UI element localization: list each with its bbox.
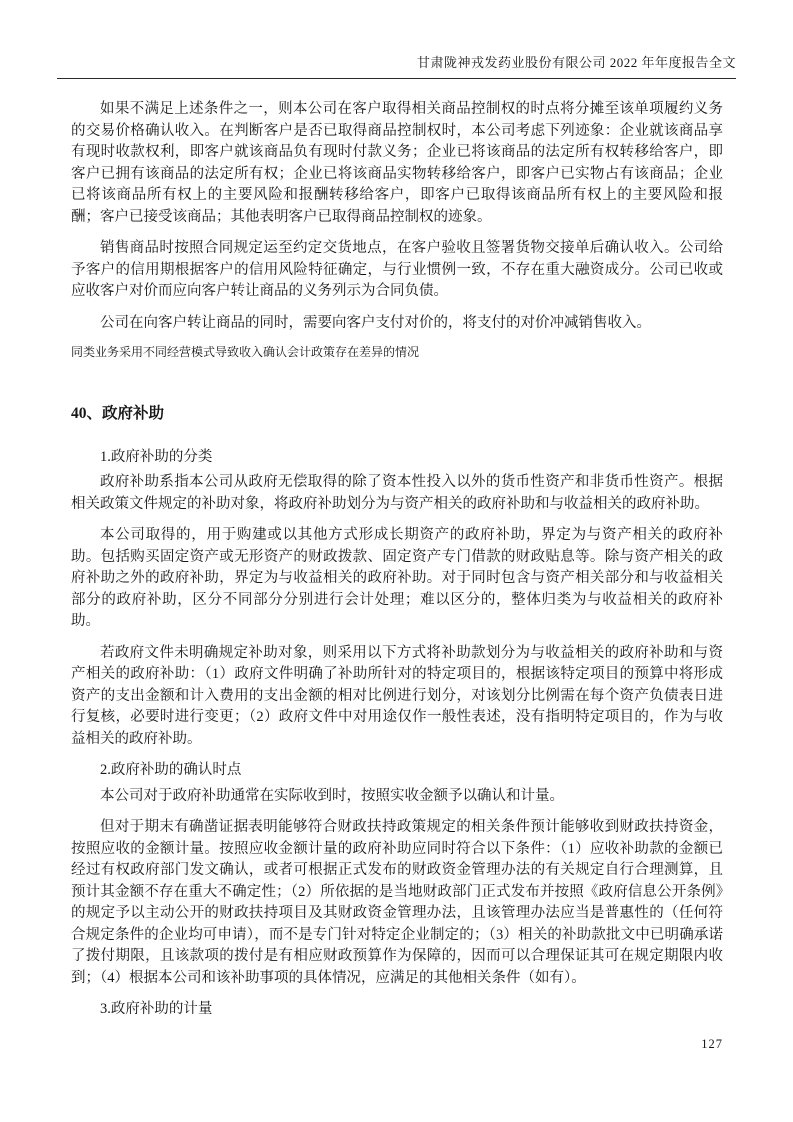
subsection-3-measurement: 3.政府补助的计量 [71,999,723,1021]
paragraph-grant-classification-rules: 若政府文件未明确规定补助对象，则采用以下方式将补助款划分为与收益相关的政府补助和… [71,643,723,751]
paragraph-consideration-offset: 公司在向客户转让商品的同时，需要向客户支付对价的，将支付的对价冲减销售收入。 [71,313,723,335]
section-heading-40-government-grants: 40、政府补助 [71,403,723,425]
subsection-2-recognition-timing: 2.政府补助的确认时点 [71,760,723,782]
report-page: 甘肃陇神戎发药业股份有限公司 2022 年年度报告全文 如果不满足上述条件之一，… [0,0,793,1122]
paragraph-asset-related-grants: 本公司取得的，用于购建或以其他方式形成长期资产的政府补助，界定为与资产相关的政府… [71,525,723,633]
paragraph-revenue-control-indicators: 如果不满足上述条件之一，则本公司在客户取得相关商品控制权的时点将分摊至该单项履约… [71,99,723,228]
note-business-model-difference: 同类业务采用不同经营模式导致收入确认会计政策存在差异的情况 [71,344,723,361]
paragraph-sales-recognition: 销售商品时按照合同规定运至约定交货地点，在客户验收且签署货物交接单后确认收入。公… [71,238,723,303]
paragraph-receivable-grant-conditions: 但对于期末有确凿证据表明能够符合财政扶持政策规定的相关条件预计能够收到财政扶持资… [71,817,723,989]
subsection-1-classification: 1.政府补助的分类 [71,447,723,469]
report-header-title: 甘肃陇神戎发药业股份有限公司 2022 年年度报告全文 [417,55,736,70]
paragraph-grant-definition: 政府补助系指本公司从政府无偿取得的除了资本性投入以外的货币性资产和非货币性资产。… [71,472,723,515]
page-content: 如果不满足上述条件之一，则本公司在客户取得相关商品控制权的时点将分摊至该单项履约… [71,99,723,1025]
paragraph-actual-receipt-recognition: 本公司对于政府补助通常在实际收到时，按照实收金额予以确认和计量。 [71,786,723,808]
page-header: 甘肃陇神戎发药业股份有限公司 2022 年年度报告全文 [57,52,736,79]
page-number: 127 [701,1037,723,1052]
